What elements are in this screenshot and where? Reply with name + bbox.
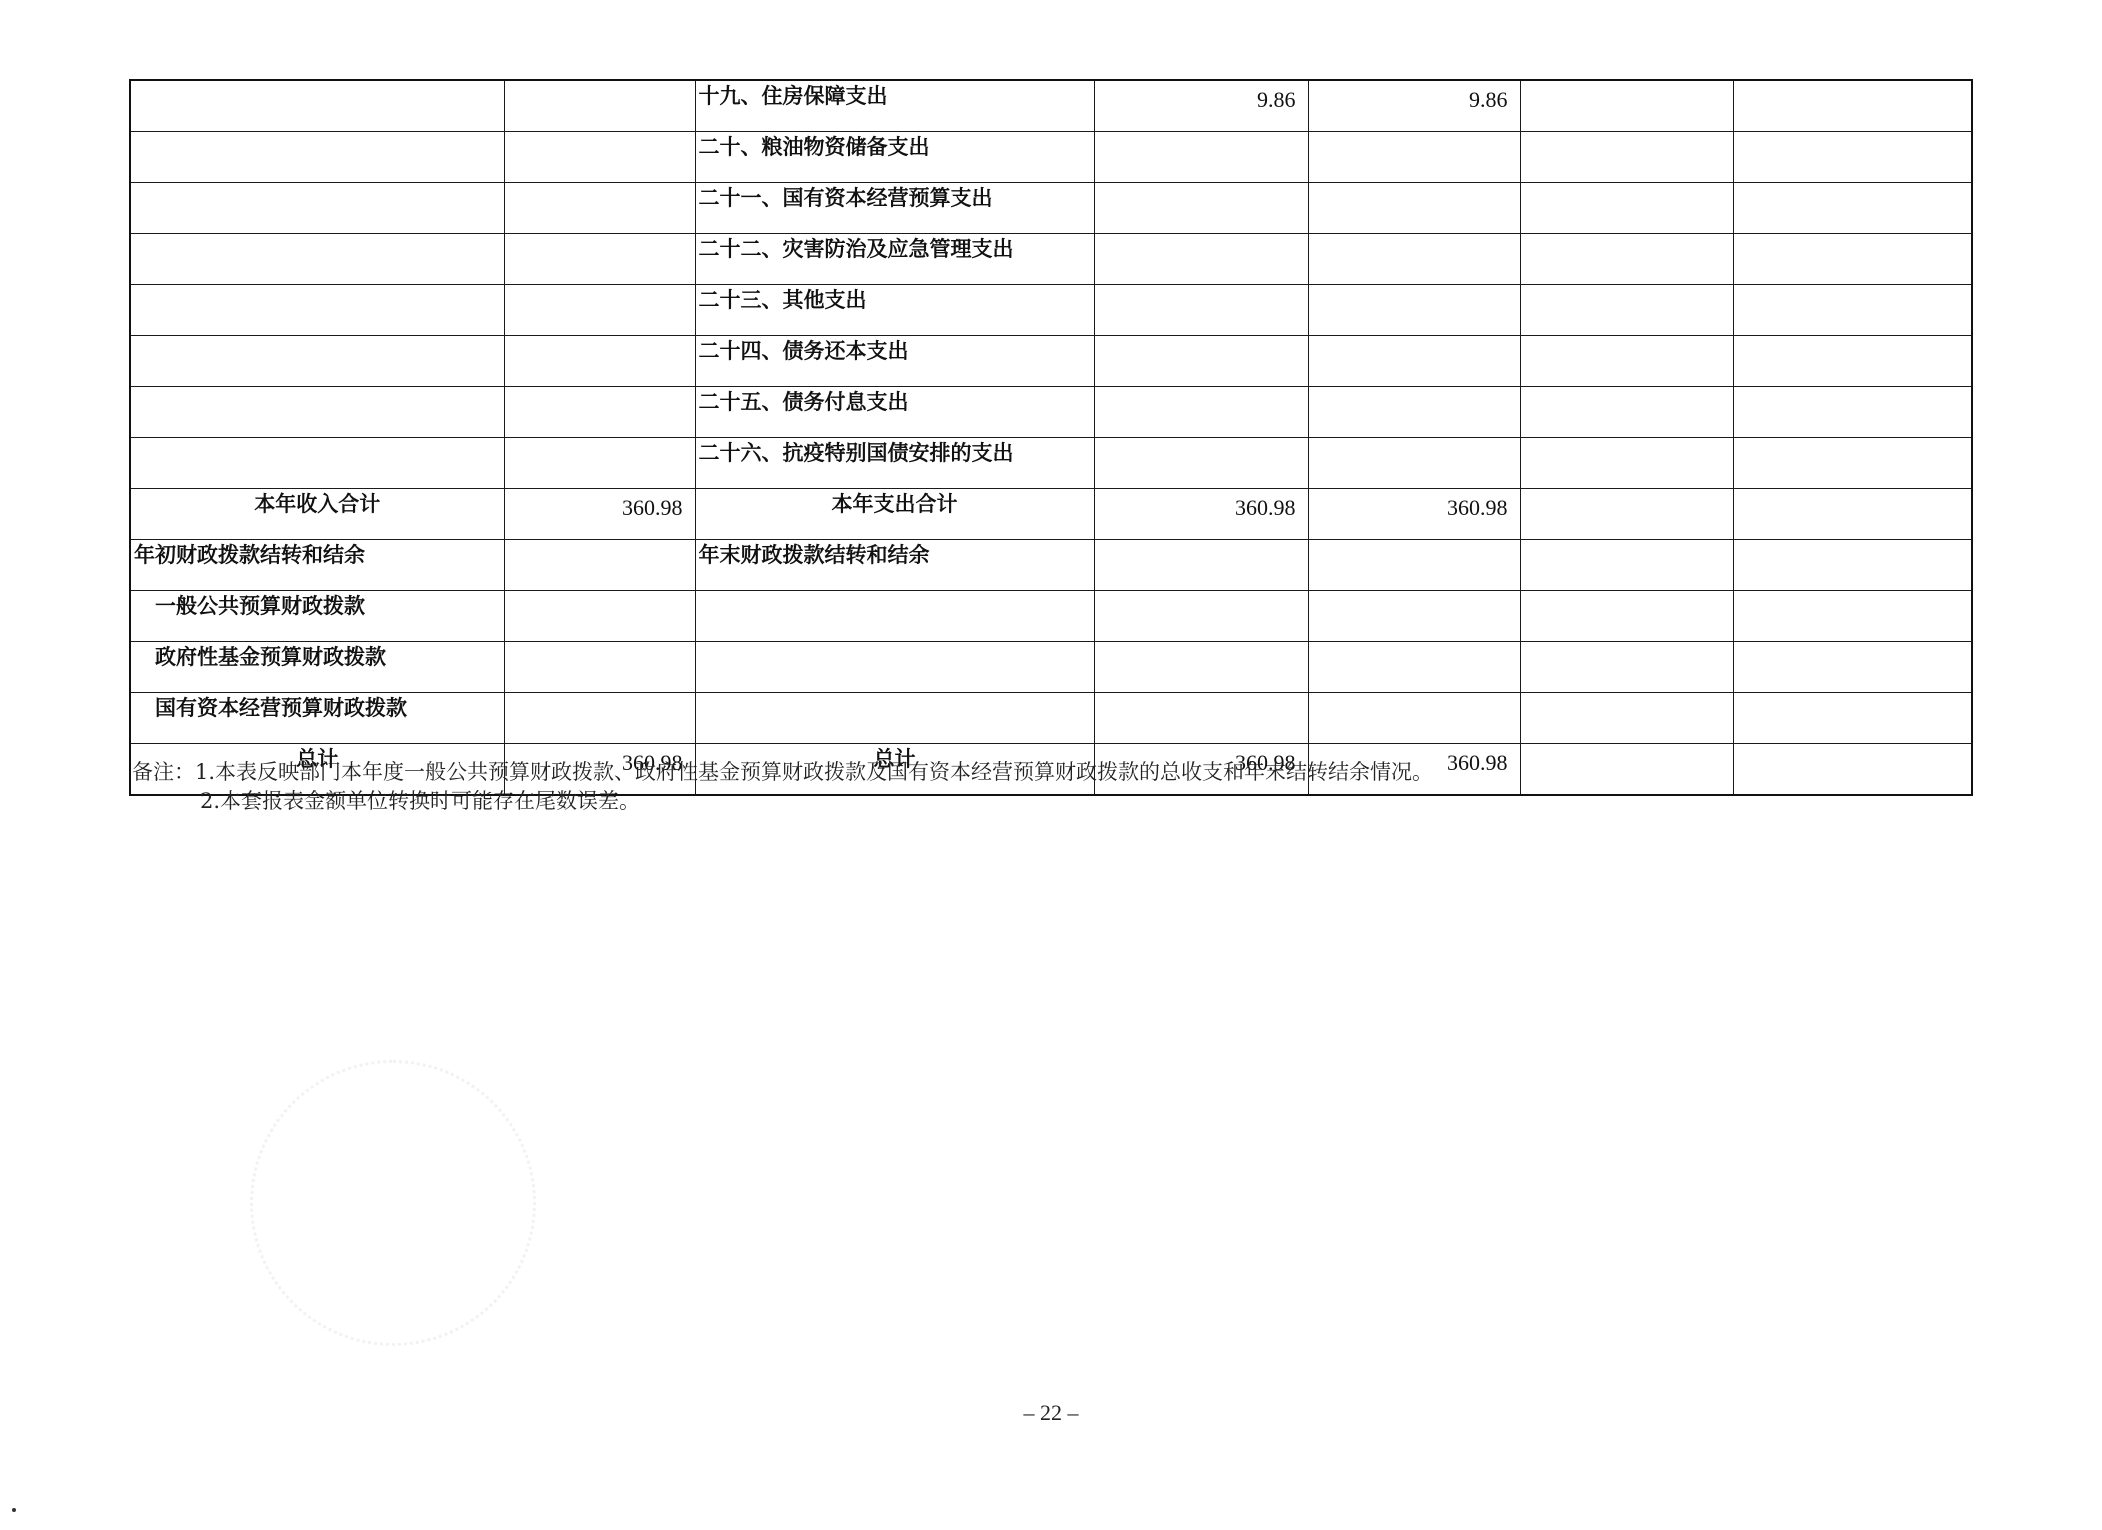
amount-cell (1520, 132, 1733, 183)
table-row: 二十六、抗疫特别国债安排的支出 (130, 438, 1972, 489)
income-item-cell: 政府性基金预算财政拨款 (130, 642, 504, 693)
table-row: 二十三、其他支出 (130, 285, 1972, 336)
amount-cell (1094, 438, 1308, 489)
amount-cell (1094, 234, 1308, 285)
income-item-cell (130, 336, 504, 387)
amount-cell (504, 234, 695, 285)
income-item-cell (130, 234, 504, 285)
amount-cell (1520, 285, 1733, 336)
table-row: 政府性基金预算财政拨款 (130, 642, 1972, 693)
table-row: 二十四、债务还本支出 (130, 336, 1972, 387)
amount-cell (504, 387, 695, 438)
amount-cell (1308, 591, 1520, 642)
footnote-1: 备注：1.本表反映部门本年度一般公共预算财政拨款、政府性基金预算财政拨款及国有资… (132, 758, 1433, 787)
amount-cell: 360.98 (1308, 489, 1520, 540)
amount-cell (1520, 489, 1733, 540)
income-item-cell (130, 183, 504, 234)
amount-cell: 360.98 (504, 489, 695, 540)
table-body: 十九、住房保障支出9.869.86二十、粮油物资储备支出二十一、国有资本经营预算… (130, 80, 1972, 795)
amount-cell (1520, 336, 1733, 387)
amount-cell (1733, 642, 1972, 693)
amount-cell: 360.98 (1094, 489, 1308, 540)
fiscal-appropriation-table: 十九、住房保障支出9.869.86二十、粮油物资储备支出二十一、国有资本经营预算… (129, 79, 1973, 796)
amount-cell (1733, 744, 1972, 796)
amount-cell (504, 183, 695, 234)
income-item-cell: 国有资本经营预算财政拨款 (130, 693, 504, 744)
amount-cell (1308, 132, 1520, 183)
amount-cell (504, 80, 695, 132)
amount-cell (1308, 183, 1520, 234)
expense-item-cell: 本年支出合计 (695, 489, 1094, 540)
amount-cell (1733, 285, 1972, 336)
income-item-cell (130, 438, 504, 489)
amount-cell (504, 591, 695, 642)
income-item-cell (130, 132, 504, 183)
amount-cell (1094, 591, 1308, 642)
amount-cell (1094, 132, 1308, 183)
amount-cell (504, 438, 695, 489)
expense-item-cell (695, 642, 1094, 693)
table-row: 二十一、国有资本经营预算支出 (130, 183, 1972, 234)
amount-cell (1733, 540, 1972, 591)
expense-item-cell: 二十二、灾害防治及应急管理支出 (695, 234, 1094, 285)
expense-item-cell: 十九、住房保障支出 (695, 80, 1094, 132)
amount-cell (1308, 693, 1520, 744)
expense-item-cell (695, 591, 1094, 642)
amount-cell (1308, 336, 1520, 387)
amount-cell (1733, 489, 1972, 540)
expense-item-cell: 二十、粮油物资储备支出 (695, 132, 1094, 183)
expense-item-cell: 二十六、抗疫特别国债安排的支出 (695, 438, 1094, 489)
expense-item-cell: 年末财政拨款结转和结余 (695, 540, 1094, 591)
scan-speck (12, 1508, 16, 1512)
footnotes: 备注：1.本表反映部门本年度一般公共预算财政拨款、政府性基金预算财政拨款及国有资… (132, 758, 1433, 816)
table-row: 年初财政拨款结转和结余年末财政拨款结转和结余 (130, 540, 1972, 591)
amount-cell: 9.86 (1308, 80, 1520, 132)
table-row: 本年收入合计360.98本年支出合计360.98360.98 (130, 489, 1972, 540)
table-row: 二十二、灾害防治及应急管理支出 (130, 234, 1972, 285)
amount-cell (504, 132, 695, 183)
table-row: 二十五、债务付息支出 (130, 387, 1972, 438)
income-item-cell (130, 80, 504, 132)
amount-cell (504, 336, 695, 387)
amount-cell (1733, 693, 1972, 744)
table-row: 一般公共预算财政拨款 (130, 591, 1972, 642)
amount-cell (504, 693, 695, 744)
amount-cell (1520, 540, 1733, 591)
table-row: 十九、住房保障支出9.869.86 (130, 80, 1972, 132)
table-row: 二十、粮油物资储备支出 (130, 132, 1972, 183)
income-item-cell: 一般公共预算财政拨款 (130, 591, 504, 642)
amount-cell (1308, 540, 1520, 591)
amount-cell (1520, 80, 1733, 132)
expense-item-cell (695, 693, 1094, 744)
amount-cell (1308, 642, 1520, 693)
amount-cell: 9.86 (1094, 80, 1308, 132)
amount-cell (1094, 183, 1308, 234)
amount-cell (1308, 234, 1520, 285)
footnote-2: 2.本套报表金额单位转换时可能存在尾数误差。 (132, 787, 1433, 816)
amount-cell (1733, 132, 1972, 183)
amount-cell (504, 285, 695, 336)
expense-item-cell: 二十三、其他支出 (695, 285, 1094, 336)
amount-cell (1520, 642, 1733, 693)
amount-cell (1520, 387, 1733, 438)
income-item-cell: 年初财政拨款结转和结余 (130, 540, 504, 591)
expense-item-cell: 二十五、债务付息支出 (695, 387, 1094, 438)
amount-cell (1733, 80, 1972, 132)
page-number: – 22 – (0, 1400, 2102, 1426)
amount-cell (1520, 183, 1733, 234)
table-row: 国有资本经营预算财政拨款 (130, 693, 1972, 744)
amount-cell (1308, 387, 1520, 438)
amount-cell (1094, 336, 1308, 387)
income-item-cell (130, 285, 504, 336)
amount-cell (1308, 438, 1520, 489)
expense-item-cell: 二十一、国有资本经营预算支出 (695, 183, 1094, 234)
expense-item-cell: 二十四、债务还本支出 (695, 336, 1094, 387)
faded-stamp (250, 1060, 536, 1346)
income-item-cell (130, 387, 504, 438)
amount-cell (1520, 693, 1733, 744)
amount-cell (1520, 591, 1733, 642)
amount-cell (1094, 540, 1308, 591)
amount-cell (1733, 438, 1972, 489)
amount-cell (1733, 591, 1972, 642)
amount-cell (1094, 693, 1308, 744)
amount-cell (1733, 183, 1972, 234)
amount-cell (504, 540, 695, 591)
amount-cell (1520, 744, 1733, 796)
income-item-cell: 本年收入合计 (130, 489, 504, 540)
amount-cell (504, 642, 695, 693)
amount-cell (1733, 387, 1972, 438)
amount-cell (1094, 642, 1308, 693)
amount-cell (1733, 336, 1972, 387)
amount-cell (1520, 234, 1733, 285)
amount-cell (1094, 285, 1308, 336)
amount-cell (1094, 387, 1308, 438)
amount-cell (1308, 285, 1520, 336)
amount-cell (1520, 438, 1733, 489)
amount-cell (1733, 234, 1972, 285)
